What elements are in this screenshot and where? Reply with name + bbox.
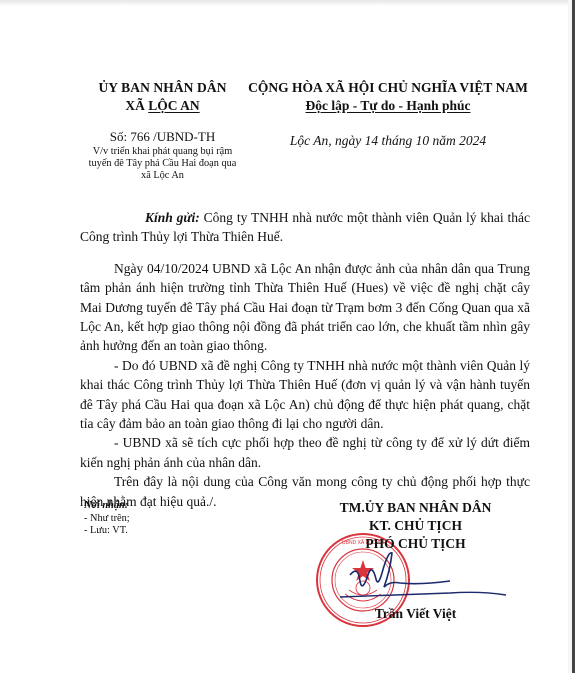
issuing-authority: ỦY BAN NHÂN DÂN XÃ LỘC AN Số: 766 /UBND-… [70, 80, 255, 182]
nation-title: CỘNG HÒA XÃ HỘI CHỦ NGHĨA VIỆT NAM [238, 80, 538, 96]
body-paragraph: - UBND xã sẽ tích cực phối hợp theo đề n… [80, 433, 530, 472]
handwritten-signature-icon [330, 545, 510, 615]
signature-title-1: TM.ỦY BAN NHÂN DÂN [318, 499, 513, 517]
document-page: ỦY BAN NHÂN DÂN XÃ LỘC AN Số: 766 /UBND-… [0, 0, 568, 673]
document-number: Số: 766 /UBND-TH [70, 129, 255, 145]
signature-title-2: KT. CHỦ TỊCH [318, 517, 513, 535]
signer-name: Trần Viết Việt [318, 606, 513, 622]
distribution-item: - Như trên; [84, 513, 130, 526]
distribution-list: Nơi nhận: - Như trên; - Lưu: VT. [84, 500, 130, 538]
subject-line: xã Lộc An [70, 170, 255, 182]
authority-name: ỦY BAN NHÂN DÂN [70, 80, 255, 96]
recipient-line: Kính gửi: Công ty TNHH nhà nước một thàn… [80, 208, 530, 247]
body-paragraph: - Do đó UBND xã đề nghị Công ty TNHH nhà… [80, 356, 530, 434]
body-paragraph: Ngày 04/10/2024 UBND xã Lộc An nhận được… [80, 259, 530, 356]
national-motto: Độc lập - Tự do - Hạnh phúc [238, 98, 538, 114]
recipient-label: Kính gửi: [145, 210, 200, 225]
signature-title-3: PHÓ CHỦ TỊCH [318, 535, 513, 553]
document-subject: V/v triển khai phát quang bụi rậm tuyến … [70, 146, 255, 182]
subject-line: tuyến đê Tây phá Cầu Hai đoạn qua [70, 158, 255, 170]
commune-prefix: XÃ [125, 98, 148, 113]
commune-name-underlined: LỘC AN [148, 98, 199, 113]
distribution-item: - Lưu: VT. [84, 525, 130, 538]
document-body: Kính gửi: Công ty TNHH nhà nước một thàn… [80, 208, 530, 511]
subject-line: V/v triển khai phát quang bụi rậm [70, 146, 255, 158]
distribution-label: Nơi nhận: [84, 500, 130, 513]
national-heading: CỘNG HÒA XÃ HỘI CHỦ NGHĨA VIỆT NAM Độc l… [238, 80, 538, 149]
signature-block: TM.ỦY BAN NHÂN DÂN KT. CHỦ TỊCH PHÓ CHỦ … [318, 499, 513, 553]
commune-name: XÃ LỘC AN [70, 98, 255, 114]
place-and-date: Lộc An, ngày 14 tháng 10 năm 2024 [238, 133, 538, 149]
